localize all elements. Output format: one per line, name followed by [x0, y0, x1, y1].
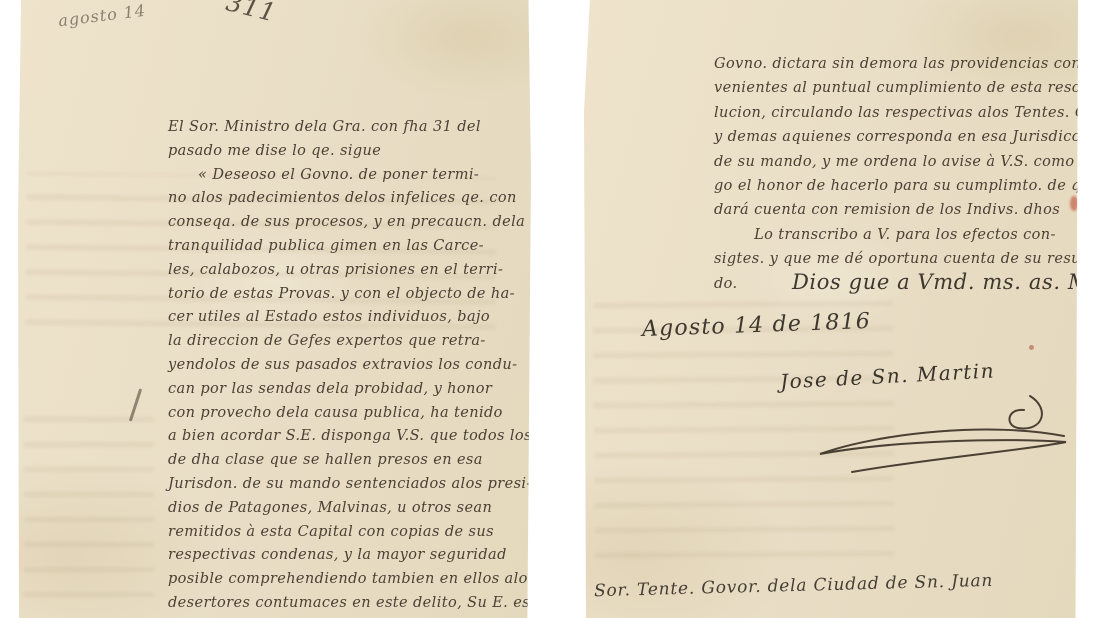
- valediction-line: Dios gue a Vmd. ms. as. Mendoza: [792, 270, 1078, 294]
- manuscript-page-right: Govno. dictara sin demora las providenci…: [584, 0, 1078, 618]
- letter-body-left: El Sor. Ministro dela Gra. con fha 31 de…: [168, 116, 528, 616]
- signature-rubric-flourish: [812, 392, 1072, 477]
- manuscript-line: dios de Patagones, Malvinas, u otros sea…: [168, 497, 528, 521]
- folio-number: 311: [223, 0, 279, 28]
- manuscript-line: go el honor de hacerlo para su cumplimto…: [714, 174, 1076, 198]
- manuscript-line: torio de estas Provas. y con el objecto …: [168, 283, 528, 307]
- manuscript-line: conseqa. de sus procesos, y en precaucn.…: [168, 211, 528, 235]
- manuscript-line: de su mando, y me ordena lo avise à V.S.…: [714, 150, 1076, 174]
- manuscript-line: tranquilidad publica gimen en las Carce-: [168, 235, 528, 259]
- manuscript-line: venientes al puntual cumplimiento de est…: [714, 76, 1076, 100]
- signature-san-martin: Jose de Sn. Martin: [780, 358, 996, 393]
- foxing-speck: [1029, 345, 1034, 350]
- manuscript-line: sigtes. y que me dé oportuna cuenta de s…: [714, 247, 1076, 271]
- manuscript-line: « Deseoso el Govno. de poner termi-: [168, 164, 528, 188]
- manuscript-line: les, calabozos, u otras prisiones en el …: [168, 259, 528, 283]
- manuscript-line: yendolos de sus pasados extravios los co…: [168, 354, 528, 378]
- manuscript-line: remitidos à esta Capital con copias de s…: [168, 521, 528, 545]
- manuscript-line: lucion, circulando las respectivas alos …: [714, 101, 1076, 125]
- manuscript-line: Lo transcribo a V. para los efectos con-: [714, 223, 1076, 247]
- manuscript-line: pasado me dise lo qe. sigue: [168, 140, 528, 164]
- manuscript-page-left: agosto 14 311 El Sor. Ministro dela Gra.…: [18, 0, 531, 618]
- manuscript-line: respectivas condenas, y la mayor segurid…: [168, 544, 528, 568]
- manuscript-line: Jurisdon. de su mando sentenciados alos …: [168, 473, 528, 497]
- manuscript-line: posible comprehendiendo tambien en ellos…: [168, 568, 528, 592]
- ink-bleedthrough: [24, 400, 154, 610]
- photo-of-manuscript: { "document": { "type": "handwritten-man…: [0, 0, 1100, 618]
- manuscript-line: dará cuenta con remision de los Indivs. …: [714, 198, 1076, 222]
- red-ink-smudge: [1070, 196, 1078, 211]
- manuscript-line: con provecho dela causa publica, ha teni…: [168, 402, 528, 426]
- manuscript-line: a bien acordar S.E. disponga V.S. que to…: [168, 425, 528, 449]
- manuscript-line: de dha clase que se hallen presos en esa: [168, 449, 528, 473]
- manuscript-line: can por las sendas dela probidad, y hono…: [168, 378, 528, 402]
- addressee-line: Sor. Tente. Govor. dela Ciudad de Sn. Ju…: [594, 571, 994, 601]
- manuscript-line: no alos padecimientos delos infelices qe…: [168, 187, 528, 211]
- manuscript-line: Govno. dictara sin demora las providenci…: [714, 52, 1076, 76]
- manuscript-line: y demas aquienes corresponda en esa Juri…: [714, 125, 1076, 149]
- archival-date-annotation: agosto 14: [57, 1, 147, 31]
- manuscript-line: cer utiles al Estado estos individuos, b…: [168, 306, 528, 330]
- ink-stroke: [129, 388, 142, 421]
- manuscript-line: la direccion de Gefes expertos que retra…: [168, 330, 528, 354]
- letter-body-right: Govno. dictara sin demora las providenci…: [714, 52, 1076, 296]
- date-line: Agosto 14 de 1816: [642, 309, 872, 342]
- manuscript-line: El Sor. Ministro dela Gra. con fha 31 de…: [168, 116, 528, 140]
- manuscript-line: desertores contumaces en este delito, Su…: [168, 592, 528, 616]
